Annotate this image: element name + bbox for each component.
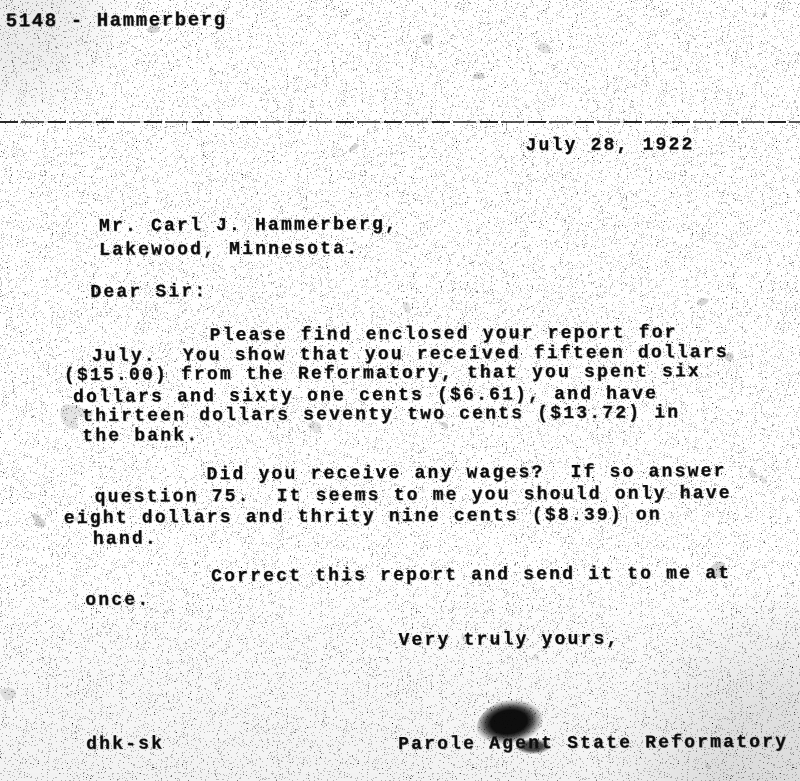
paragraph-line: Did you receive any wages? If so answer — [206, 462, 726, 485]
recipient-block: Mr. Carl J. Hammerberg, Lakewood, Minnes… — [0, 0, 798, 2]
paragraph-line: once. — [85, 591, 150, 611]
paragraph-line: question 75. It seems to me you should o… — [95, 484, 732, 508]
closing: Very truly yours, — [398, 630, 619, 651]
letter-date: July 28, 1922 — [525, 135, 694, 156]
typist-initials: dhk-sk — [86, 734, 164, 754]
paragraph-2: Did you receive any wages? If so answer … — [0, 0, 798, 2]
letter-content: 5148 - Hammerberg July 28, 1922 Mr. Carl… — [0, 0, 800, 781]
paragraph-line: the bank. — [82, 426, 199, 447]
signature-block: Parole Agent State Reformatory — [398, 733, 788, 755]
paragraph-line: thirteen dollars seventy two cents ($13.… — [82, 403, 680, 427]
paragraph-line: Please find enclosed your report for — [210, 323, 678, 346]
paragraph-line: hand. — [93, 529, 158, 549]
paragraph-line: ($15.00) from the Reformatory, that you … — [64, 362, 701, 386]
salutation: Dear Sir: — [90, 282, 207, 303]
file-reference: 5148 - Hammerberg — [6, 10, 227, 31]
recipient-address: Lakewood, Minnesota. — [99, 239, 359, 261]
paragraph-1: Please find enclosed your report for Jul… — [0, 0, 798, 2]
paragraph-3: Correct this report and send it to me at… — [0, 0, 798, 2]
paragraph-line: Correct this report and send it to me at — [211, 564, 731, 587]
paragraph-line: eight dollars and thrity nine cents ($8.… — [64, 505, 662, 529]
scanned-letter-page: 5148 - Hammerberg July 28, 1922 Mr. Carl… — [0, 0, 800, 781]
recipient-name: Mr. Carl J. Hammerberg, — [99, 215, 398, 237]
